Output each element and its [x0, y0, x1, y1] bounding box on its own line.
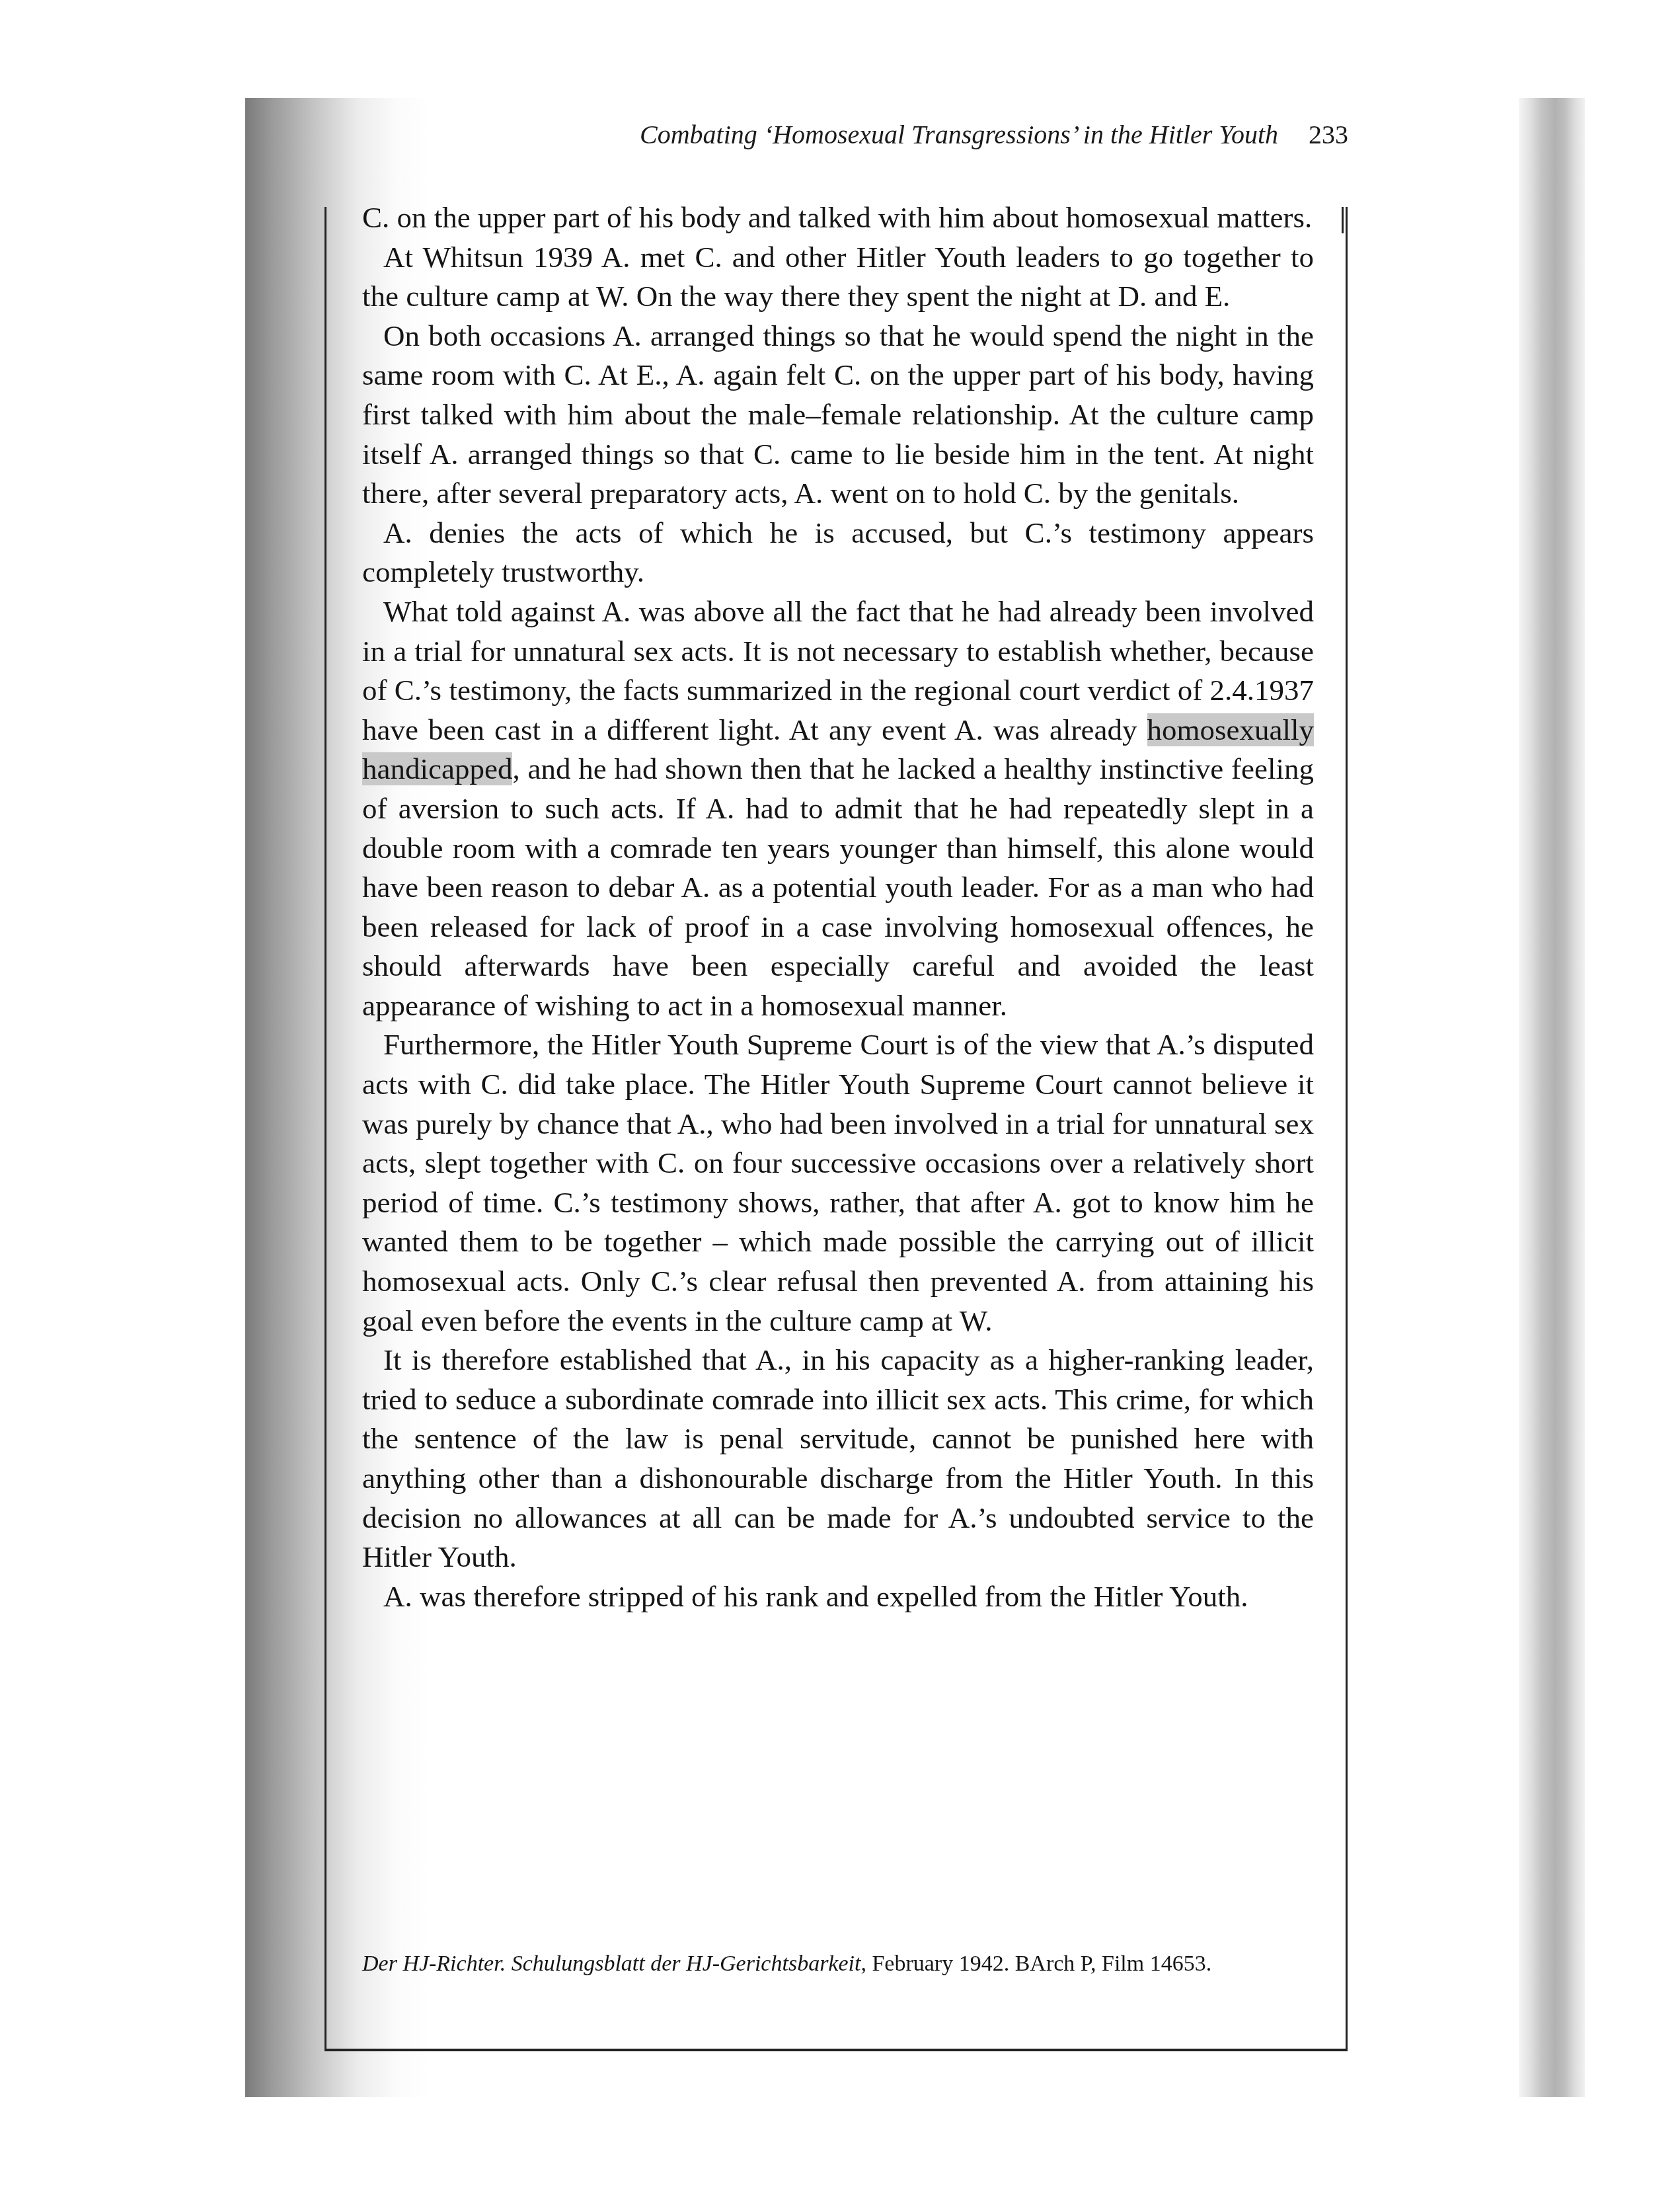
running-head-title: Combating ‘Homosexual Transgressions’ in…: [640, 119, 1278, 150]
box-border-tick: [1342, 207, 1344, 233]
paragraph-with-highlight: What told against A. was above all the f…: [362, 592, 1314, 1026]
paragraph: At Whitsun 1939 A. met C. and other Hitl…: [362, 238, 1314, 317]
paragraph: Furthermore, the Hitler Youth Supreme Co…: [362, 1025, 1314, 1341]
paragraph: It is therefore established that A., in …: [362, 1341, 1314, 1577]
paragraph: On both occasions A. arranged things so …: [362, 317, 1314, 514]
adjacent-page-edge: [1519, 98, 1585, 2097]
document-body: C. on the upper part of his body and tal…: [362, 198, 1314, 1616]
running-head: Combating ‘Homosexual Transgressions’ in…: [522, 119, 1348, 150]
paragraph-text: , and he had shown then that he lacked a…: [362, 752, 1314, 1022]
paragraph: A. was therefore stripped of his rank an…: [362, 1577, 1314, 1617]
paragraph: C. on the upper part of his body and tal…: [362, 198, 1314, 238]
source-citation: Der HJ-Richter. Schulungsblatt der HJ-Ge…: [362, 1949, 1314, 1979]
source-details: , February 1942. BArch P, Film 14653.: [860, 1951, 1211, 1976]
paragraph: A. denies the acts of which he is accuse…: [362, 514, 1314, 592]
page-number: 233: [1309, 119, 1348, 150]
source-title: Der HJ-Richter. Schulungsblatt der HJ-Ge…: [362, 1951, 860, 1976]
